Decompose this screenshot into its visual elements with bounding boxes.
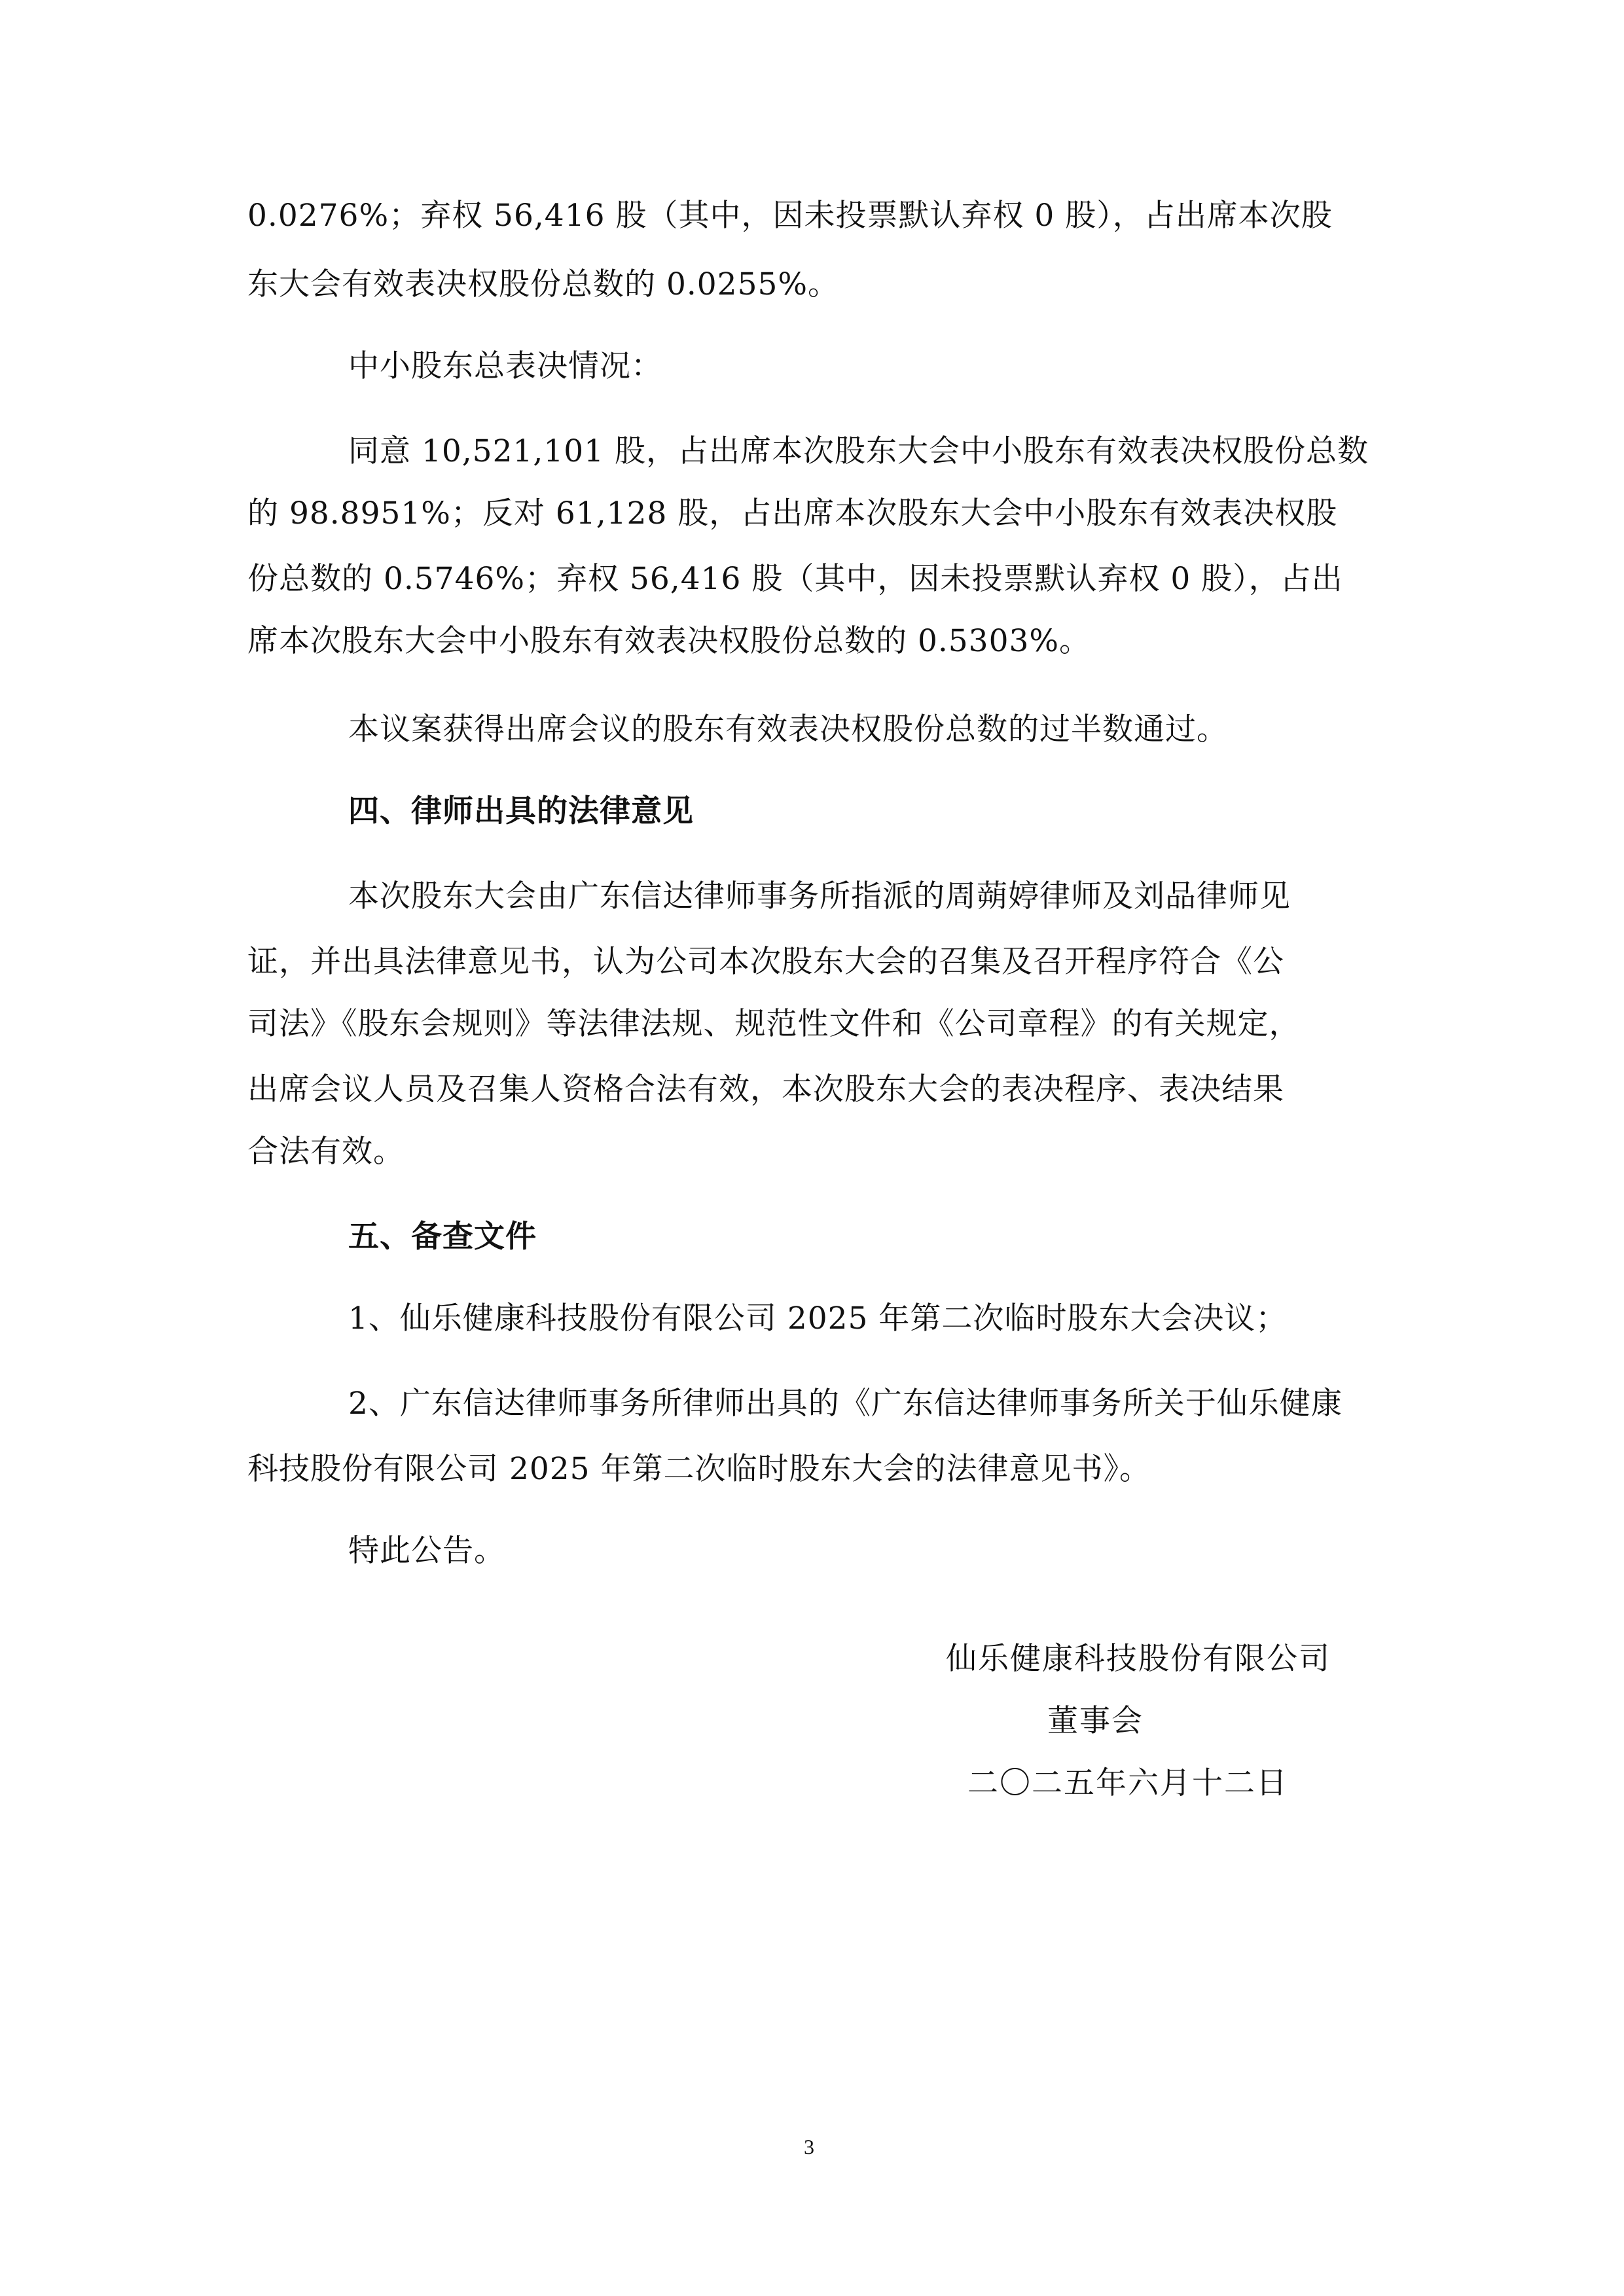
paragraph-line: 本次股东大会由广东信达律师事务所指派的周蒴婷律师及刘品律师见 [348,877,1291,916]
paragraph-line: 的 98.8951%；反对 61,128 股，占出席本次股东大会中小股东有效表决… [247,494,1337,533]
paragraph-line: 证，并出具法律意见书，认为公司本次股东大会的召集及召开程序符合《公 [247,942,1284,982]
paragraph-line: 东大会有效表决权股份总数的 0.0255%。 [247,265,839,304]
page-number: 3 [804,2135,814,2159]
paragraph-line: 合法有效。 [247,1132,405,1172]
paragraph-line: 同意 10,521,101 股，占出席本次股东大会中小股东有效表决权股份总数 [348,432,1369,471]
document-page: 0.0276%；弃权 56,416 股（其中，因未投票默认弃权 0 股），占出席… [0,0,1624,2296]
paragraph-line: 份总数的 0.5746%；弃权 56,416 股（其中，因未投票默认弃权 0 股… [247,560,1343,599]
paragraph-line: 本议案获得出席会议的股东有效表决权股份总数的过半数通过。 [348,710,1228,749]
section-heading: 五、备查文件 [348,1217,537,1257]
paragraph-line: 中小股东总表决情况： [348,347,662,386]
paragraph-line: 2、广东信达律师事务所律师出具的《广东信达律师事务所关于仙乐健康 [348,1384,1343,1424]
paragraph-line: 席本次股东大会中小股东有效表决权股份总数的 0.5303%。 [247,622,1091,661]
paragraph-line: 0.0276%；弃权 56,416 股（其中，因未投票默认弃权 0 股），占出席… [247,196,1333,236]
signature-company: 仙乐健康科技股份有限公司 [946,1640,1331,1679]
signature-date: 二〇二五年六月十二日 [967,1764,1288,1803]
paragraph-line: 特此公告。 [348,1532,505,1571]
section-heading: 四、律师出具的法律意见 [348,792,694,831]
paragraph-line: 司法》《股东会规则》等法律法规、规范性文件和《公司章程》的有关规定， [247,1005,1301,1044]
signature-board: 董事会 [1047,1702,1144,1741]
paragraph-line: 科技股份有限公司 2025 年第二次临时股东大会的法律意见书》。 [247,1450,1151,1489]
paragraph-line: 1、仙乐健康科技股份有限公司 2025 年第二次临时股东大会决议； [348,1299,1287,1338]
paragraph-line: 出席会议人员及召集人资格合法有效，本次股东大会的表决程序、表决结果 [247,1070,1284,1109]
